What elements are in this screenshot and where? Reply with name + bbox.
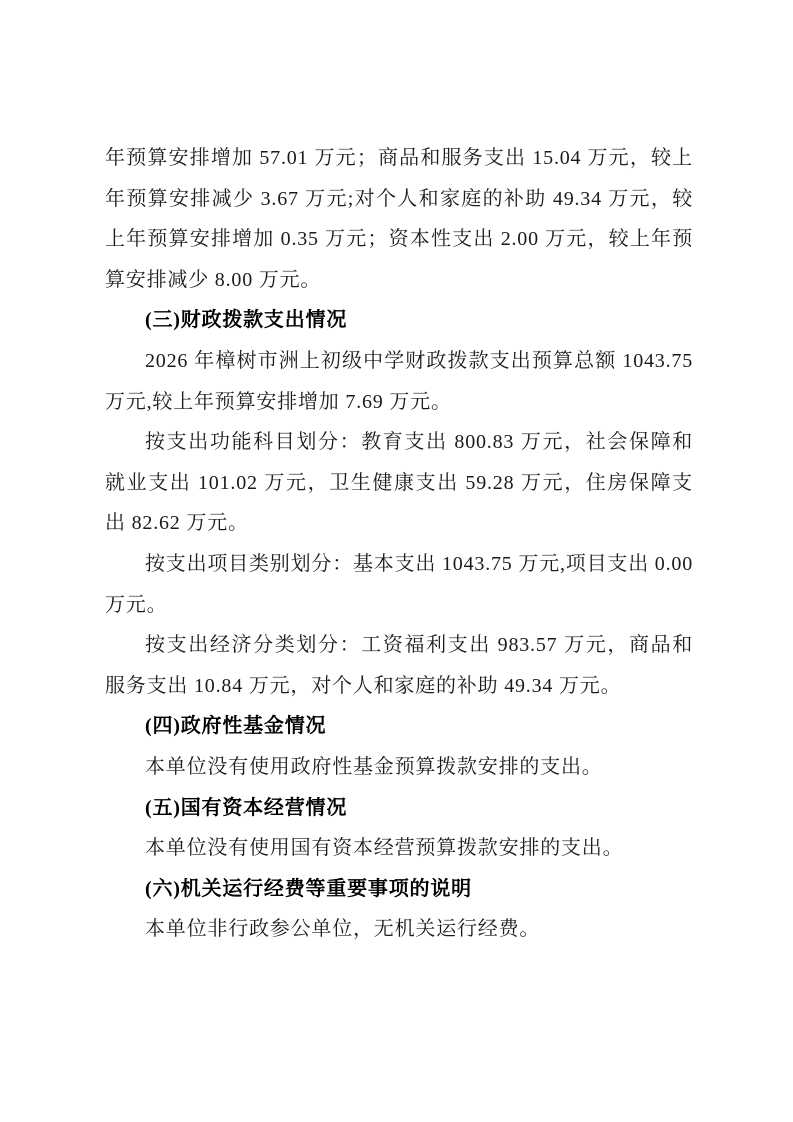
heading-operating-expenses: (六)机关运行经费等重要事项的说明 (105, 869, 693, 910)
paragraph-by-function: 按支出功能科目划分：教育支出 800.83 万元，社会保障和就业支出 101.0… (105, 422, 693, 544)
heading-fiscal-allocation-expenditure: (三)财政拨款支出情况 (105, 300, 693, 341)
paragraph-fiscal-allocation-total: 2026 年樟树市洲上初级中学财政拨款支出预算总额 1043.75 万元,较上年… (105, 341, 693, 422)
heading-government-fund: (四)政府性基金情况 (105, 706, 693, 747)
paragraph-government-fund: 本单位没有使用政府性基金预算拨款安排的支出。 (105, 747, 693, 788)
paragraph-by-economic-class: 按支出经济分类划分：工资福利支出 983.57 万元，商品和服务支出 10.84… (105, 625, 693, 706)
document-page: 年预算安排增加 57.01 万元；商品和服务支出 15.04 万元，较上年预算安… (0, 0, 793, 1122)
heading-state-capital: (五)国有资本经营情况 (105, 788, 693, 829)
paragraph-operating-expenses: 本单位非行政参公单位，无机关运行经费。 (105, 909, 693, 950)
paragraph-state-capital: 本单位没有使用国有资本经营预算拨款安排的支出。 (105, 828, 693, 869)
paragraph-expenditure-changes: 年预算安排增加 57.01 万元；商品和服务支出 15.04 万元，较上年预算安… (105, 138, 693, 300)
paragraph-by-project-type: 按支出项目类别划分：基本支出 1043.75 万元,项目支出 0.00 万元。 (105, 544, 693, 625)
